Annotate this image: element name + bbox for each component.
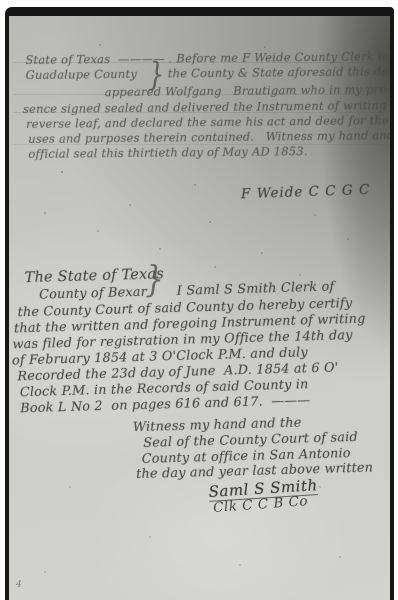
handwritten-line: The State of Texas: [24, 266, 164, 286]
brace-icon: }: [144, 259, 164, 302]
document-paper: State of Texas ———— Before me F Weide Co…: [9, 16, 390, 600]
acknowledgment-paragraph: State of Texas ———— Before me F Weide Co…: [25, 49, 390, 183]
handwritten-line: official seal this thirtieth day of May …: [28, 144, 307, 161]
certification-paragraph: The State of Texas County of Bexar I Sam…: [16, 260, 390, 530]
handwritten-line: uses and purposes therein contained. Wit…: [28, 128, 390, 146]
page-corner-mark: 4: [16, 580, 22, 590]
photo-border-frame: State of Texas ———— Before me F Weide Co…: [5, 7, 394, 600]
brace-icon: }: [147, 56, 165, 93]
paper-speckles: [9, 16, 11, 18]
